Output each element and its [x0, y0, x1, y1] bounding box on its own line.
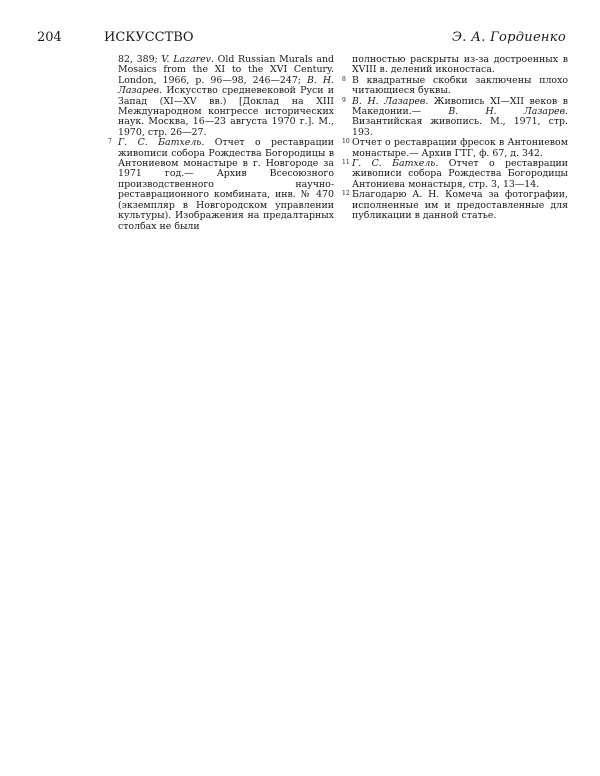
footnote-number: 7 [108, 137, 112, 147]
section-title: ИСКУССТВО [104, 30, 194, 45]
cited-author: В. Н. Лазарев [448, 106, 565, 117]
footnote-number: 11 [342, 158, 350, 168]
footnote-9: 9В. Н. Лазарев. Живопись XI—XII веков в … [352, 97, 568, 139]
cited-author: V. Lazarev [161, 54, 211, 65]
text-fragment: 82, 389; [118, 54, 161, 65]
footnote-text: . Отчет о реставрации живописи собора Ро… [118, 137, 334, 231]
footnote-text: Благодарю А. Н. Комеча за фотографии, ис… [352, 189, 568, 221]
footnote-number: 8 [342, 75, 346, 85]
footnote-continuation: полностью раскрыты из-за достроенных в X… [352, 55, 568, 76]
footnote-number: 9 [342, 96, 346, 106]
cited-author: Г. С. Батхель [118, 137, 201, 148]
running-author: Э. А. Гордиенко [452, 30, 566, 45]
footnote-10: 10Отчет о реставрации фресок в Антониево… [352, 138, 568, 159]
cited-author: Г. С. Батхель [352, 158, 435, 169]
footnote-7: 7Г. С. Батхель. Отчет о реставрации живо… [118, 138, 334, 232]
footnote-text: В квадратные скобки заключены плохо чита… [352, 75, 568, 96]
footnote-text: Отчет о реставрации фресок в Антониевом … [352, 137, 568, 158]
footnote-number: 10 [342, 137, 350, 147]
right-footnote-column: полностью раскрыты из-за достроенных в X… [352, 55, 568, 222]
footnote-continuation: 82, 389; V. Lazarev. Old Russian Murals … [118, 55, 334, 138]
footnote-12: 12Благодарю А. Н. Комеча за фотографии, … [352, 190, 568, 221]
footnote-8: 8В квадратные скобки заключены плохо чит… [352, 76, 568, 97]
footnote-number: 12 [342, 189, 350, 199]
page-header: 204 ИСКУССТВО Э. А. Гордиенко [0, 30, 600, 48]
left-footnote-column: 82, 389; V. Lazarev. Old Russian Murals … [118, 55, 334, 232]
cited-author: В. Н. Лазарев [352, 96, 425, 107]
footnote-11: 11Г. С. Батхель. Отчет о реставрации жив… [352, 159, 568, 190]
page-number: 204 [37, 30, 62, 45]
